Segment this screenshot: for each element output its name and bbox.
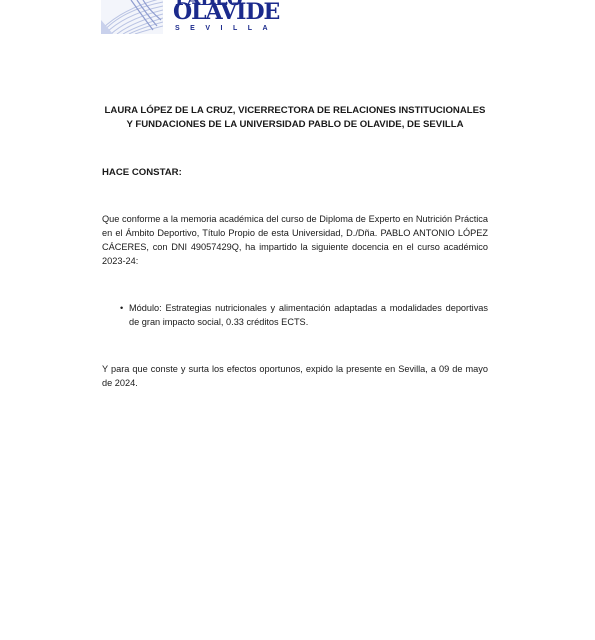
list-item-text: Módulo: Estrategias nutricionales y alim… [129, 303, 488, 327]
document-heading: LAURA LÓPEZ DE LA CRUZ, VICERRECTORA DE … [101, 104, 489, 132]
university-emblem-icon [101, 0, 163, 34]
logo-city: SEVILLA [175, 25, 278, 32]
list-item: • Módulo: Estrategias nutricionales y al… [120, 301, 488, 329]
logo-line-olavide: OLAVIDE [173, 1, 279, 23]
closing-paragraph: Y para que conste y surta los efectos op… [102, 362, 488, 390]
university-logo: PABLO OLAVIDE SEVILLA [101, 0, 266, 36]
body-paragraph: Que conforme a la memoria académica del … [102, 212, 488, 268]
declaration-label: HACE CONSTAR: [102, 166, 182, 180]
teaching-items-list: • Módulo: Estrategias nutricionales y al… [120, 301, 488, 329]
bullet-icon: • [120, 301, 123, 315]
